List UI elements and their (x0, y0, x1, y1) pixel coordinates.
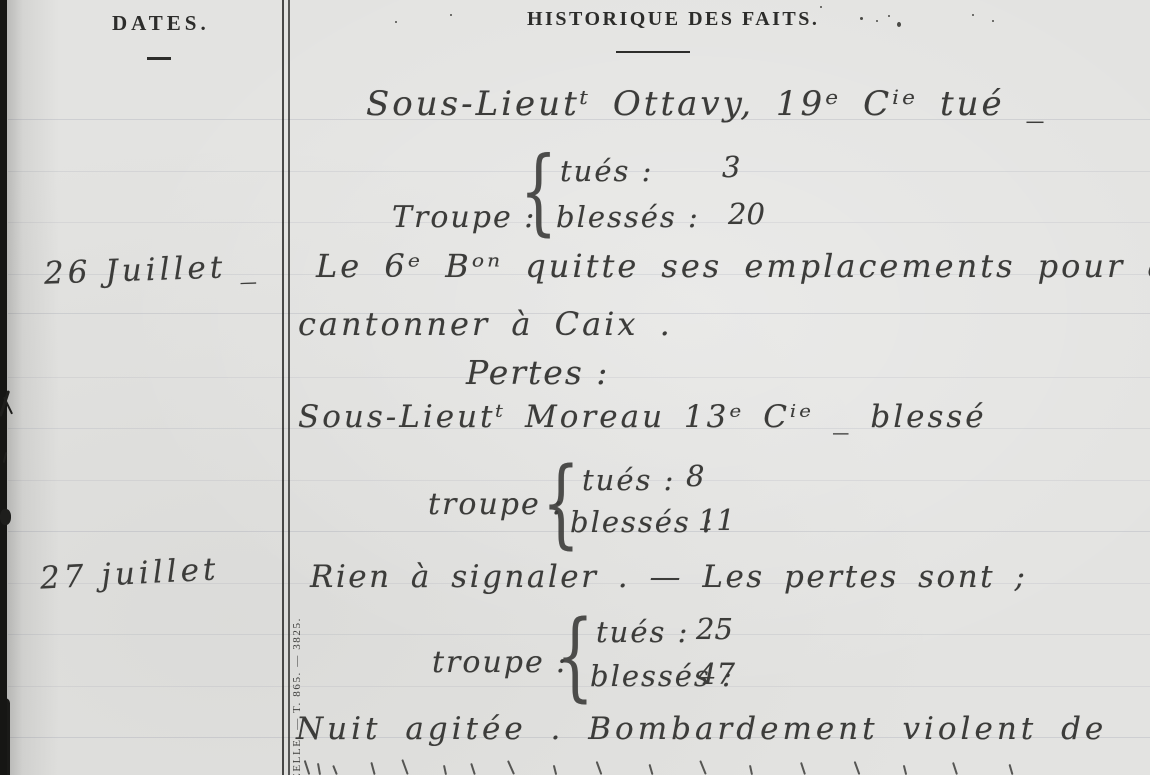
historique-header-underline (616, 51, 690, 53)
entry-prev-blesses-value: 20 (728, 197, 765, 231)
entry-prev-officer-line: Sous-Lieutᵗ Ottavy, 19ᵉ Cⁱᵉ tué _ (366, 84, 1046, 124)
paper-speck (888, 15, 890, 17)
paper-speck (395, 21, 397, 23)
paper-speck (972, 14, 974, 16)
column-rule-left (282, 0, 284, 775)
stitch-knot (0, 509, 11, 525)
entry-prev-tues-value: 3 (722, 150, 740, 184)
binding-edge (0, 0, 7, 775)
entry-27-tues-label: tués : (596, 615, 689, 649)
entry-27-tues-value: 25 (696, 612, 733, 646)
entry-27-date: 27 juillet (39, 551, 220, 596)
entry-26-blesses-label: blessés : (570, 505, 714, 539)
paper-speck (450, 14, 452, 16)
entry-27-line1: Rien à signaler . — Les pertes sont ; (310, 559, 1027, 595)
entry-prev-tues-label: tués : (560, 154, 653, 188)
column-header-historique: HISTORIQUE DES FAITS. (527, 8, 819, 31)
entry-26-date: 26 Juillet _ (43, 248, 260, 292)
paper-speck (860, 17, 863, 20)
casualty-brace: { (556, 608, 594, 704)
column-rule-right (288, 0, 290, 775)
entry-prev-blesses-label: blessés : (556, 200, 700, 234)
column-header-dates: DATES. (112, 11, 210, 36)
entry-26-tues-value: 8 (686, 459, 704, 493)
entry-prev-troupe-label: Troupe : (392, 200, 536, 235)
entry-26-pertes-label: Pertes : (466, 353, 609, 392)
entry-27-line2: Nuit agitée . Bombardement violent de (296, 711, 1107, 747)
paper-speck (897, 22, 901, 27)
entry-26-line1: Le 6ᵉ Bᵒⁿ quitte ses emplacements pour a… (316, 247, 1150, 285)
entry-26-line2: cantonner à Caix . (298, 305, 673, 343)
paper-speck (992, 20, 994, 22)
entry-26-blesses-value: 11 (698, 503, 735, 537)
entry-26-officer-line: Sous-Lieutᵗ Moreau 13ᵉ Cⁱᵉ _ blessé (298, 399, 987, 435)
casualty-brace: { (520, 145, 557, 239)
paper-speck (876, 20, 878, 22)
paper-speck (820, 6, 822, 8)
entry-26-tues-label: tués : (582, 463, 675, 497)
binding-shadow (7, 0, 59, 775)
entry-27-blesses-value: 47 (698, 657, 735, 691)
entry-27-troupe-label: troupe : (432, 645, 568, 680)
dates-header-dash (147, 57, 171, 60)
journal-de-marche-page: ZELLE. — T. 865. — 3825. DATES. HISTORIQ… (0, 0, 1150, 775)
